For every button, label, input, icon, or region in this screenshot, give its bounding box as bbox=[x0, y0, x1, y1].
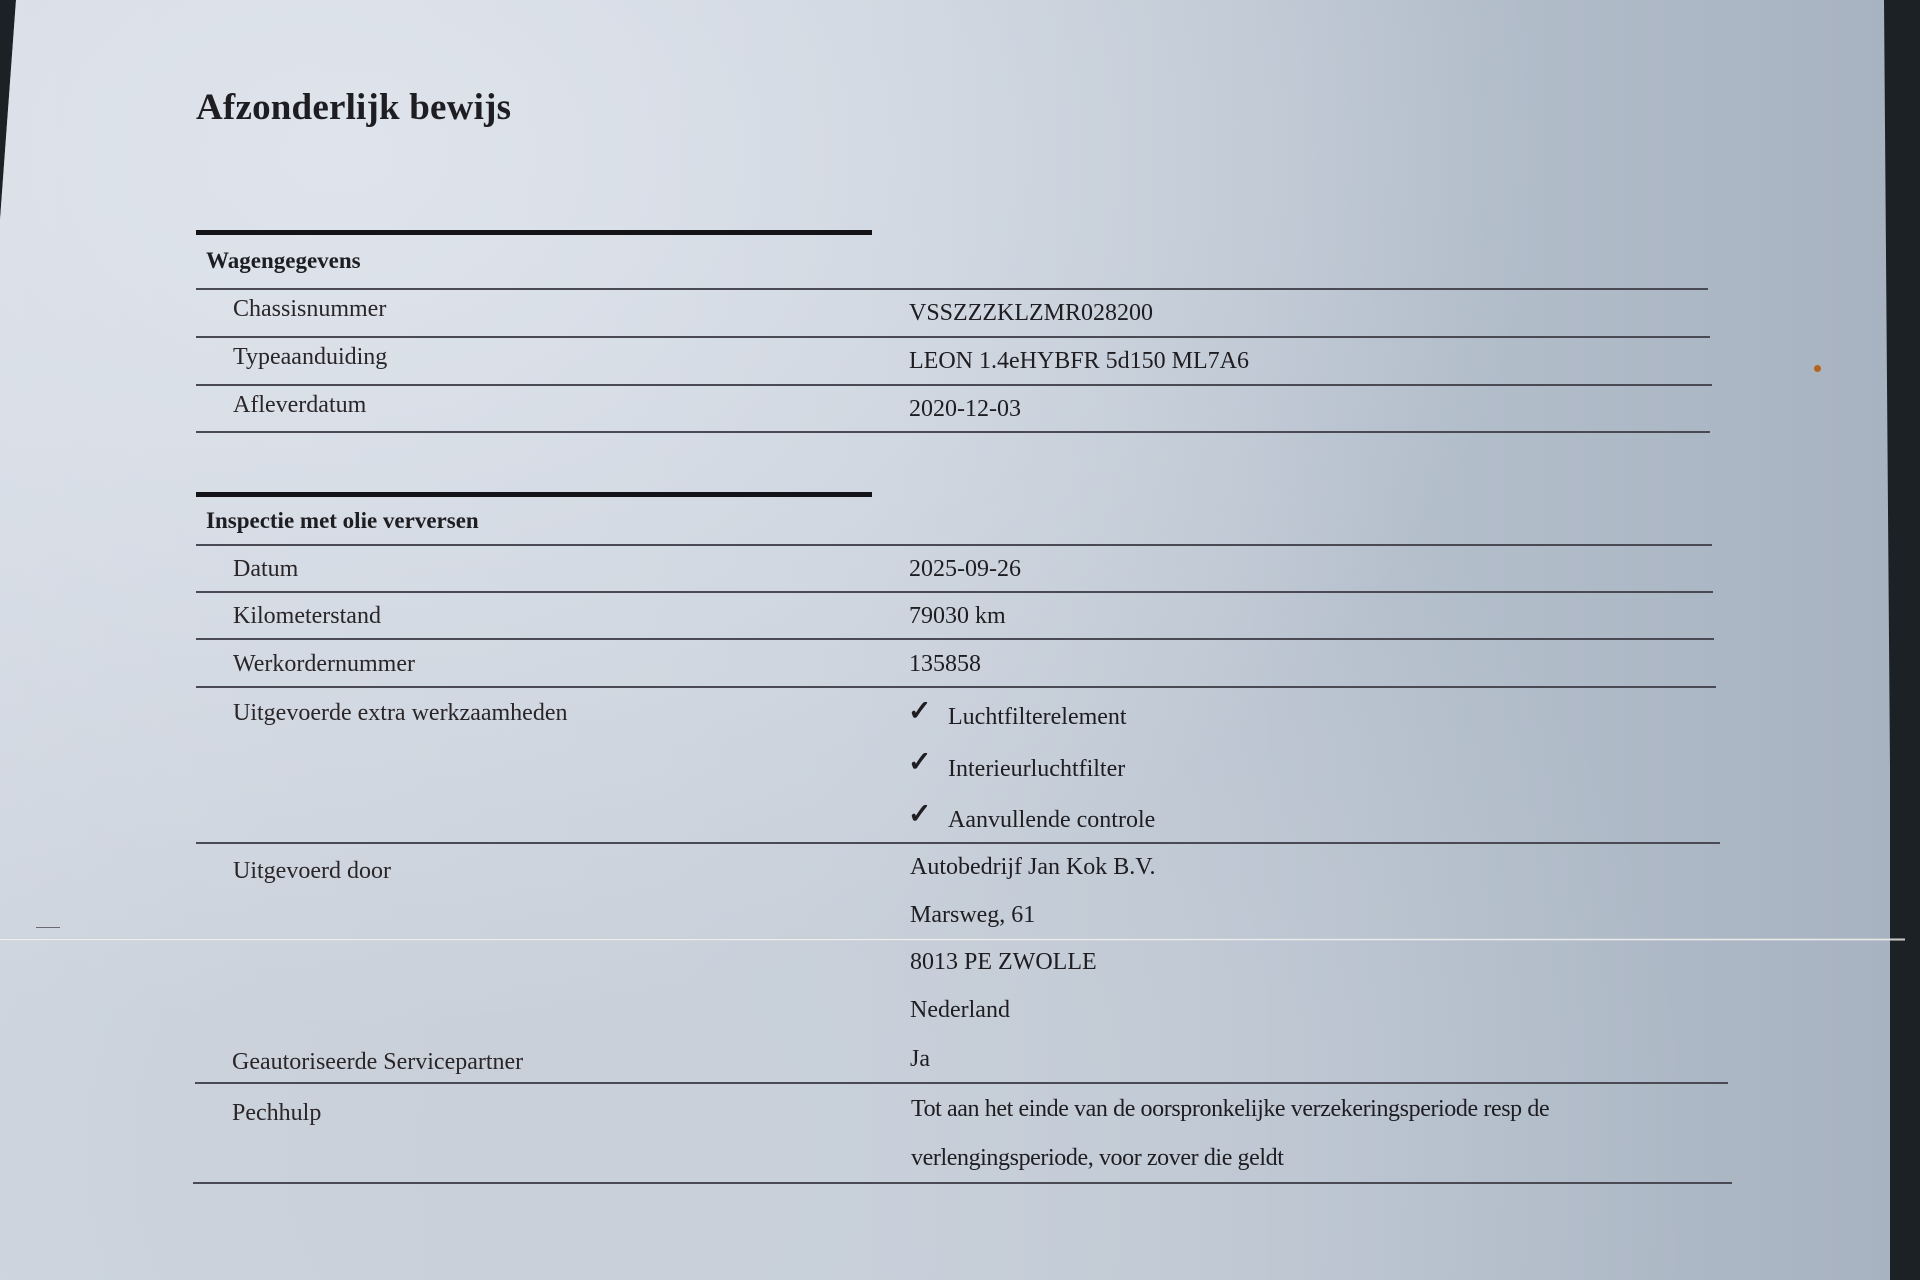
section-heading-vehicle: Wagengegevens bbox=[206, 248, 361, 274]
checkmark-icon: ✓ bbox=[908, 797, 931, 831]
label-afleverdatum: Afleverdatum bbox=[233, 392, 366, 419]
value-performed-by-city: 8013 PE ZWOLLE bbox=[910, 949, 1097, 976]
value-performed-by-name: Autobedrijf Jan Kok B.V. bbox=[910, 854, 1156, 881]
value-performed-by-street: Marsweg, 61 bbox=[910, 902, 1035, 929]
stain-speck bbox=[1814, 365, 1821, 372]
extra-work-item: Interieurluchtfilter bbox=[948, 756, 1125, 783]
value-afleverdatum: 2020-12-03 bbox=[909, 396, 1021, 423]
row-rule bbox=[196, 336, 1710, 338]
checkmark-icon: ✓ bbox=[908, 694, 931, 728]
row-rule bbox=[196, 591, 1713, 593]
row-rule bbox=[196, 288, 1708, 290]
row-rule bbox=[196, 384, 1712, 386]
label-chassisnummer: Chassisnummer bbox=[233, 296, 386, 323]
value-datum: 2025-09-26 bbox=[909, 556, 1021, 583]
value-typeaanduiding: LEON 1.4eHYBFR 5d150 ML7A6 bbox=[909, 348, 1249, 375]
label-authorized-partner: Geautoriseerde Servicepartner bbox=[232, 1049, 523, 1076]
label-extra-work: Uitgevoerde extra werkzaamheden bbox=[233, 700, 568, 727]
paper-fold-crease bbox=[0, 938, 1905, 941]
extra-work-item: Aanvullende controle bbox=[948, 807, 1155, 834]
row-rule bbox=[196, 638, 1714, 640]
value-roadside-assistance-line1: Tot aan het einde van de oorspronkelijke… bbox=[911, 1096, 1549, 1123]
value-werkordernummer: 135858 bbox=[909, 651, 981, 678]
section-divider-inspection bbox=[196, 492, 872, 497]
label-kilometerstand: Kilometerstand bbox=[233, 603, 381, 630]
value-kilometerstand: 79030 km bbox=[909, 603, 1006, 630]
extra-work-item: Luchtfilterelement bbox=[948, 704, 1127, 731]
section-divider-vehicle bbox=[196, 230, 872, 235]
value-chassisnummer: VSSZZZKLZMR028200 bbox=[909, 300, 1153, 327]
value-authorized-partner: Ja bbox=[910, 1046, 930, 1073]
value-roadside-assistance-line2: verlengingsperiode, voor zover die geldt bbox=[911, 1145, 1284, 1172]
label-werkordernummer: Werkordernummer bbox=[233, 651, 415, 678]
document-title: Afzonderlijk bewijs bbox=[196, 86, 511, 129]
row-rule bbox=[196, 842, 1720, 844]
row-rule bbox=[196, 686, 1716, 688]
row-rule bbox=[193, 1182, 1732, 1184]
label-roadside-assistance: Pechhulp bbox=[232, 1100, 321, 1127]
value-performed-by-country: Nederland bbox=[910, 997, 1010, 1024]
paper-sheet bbox=[0, 0, 1890, 1280]
label-typeaanduiding: Typeaanduiding bbox=[233, 344, 387, 371]
row-rule bbox=[196, 544, 1712, 546]
label-datum: Datum bbox=[233, 556, 298, 583]
section-heading-inspection: Inspectie met olie verversen bbox=[206, 508, 479, 534]
checkmark-icon: ✓ bbox=[908, 745, 931, 779]
row-rule bbox=[196, 431, 1710, 433]
row-rule bbox=[195, 1082, 1728, 1084]
label-performed-by: Uitgevoerd door bbox=[233, 858, 391, 885]
margin-tick-mark bbox=[36, 927, 60, 928]
